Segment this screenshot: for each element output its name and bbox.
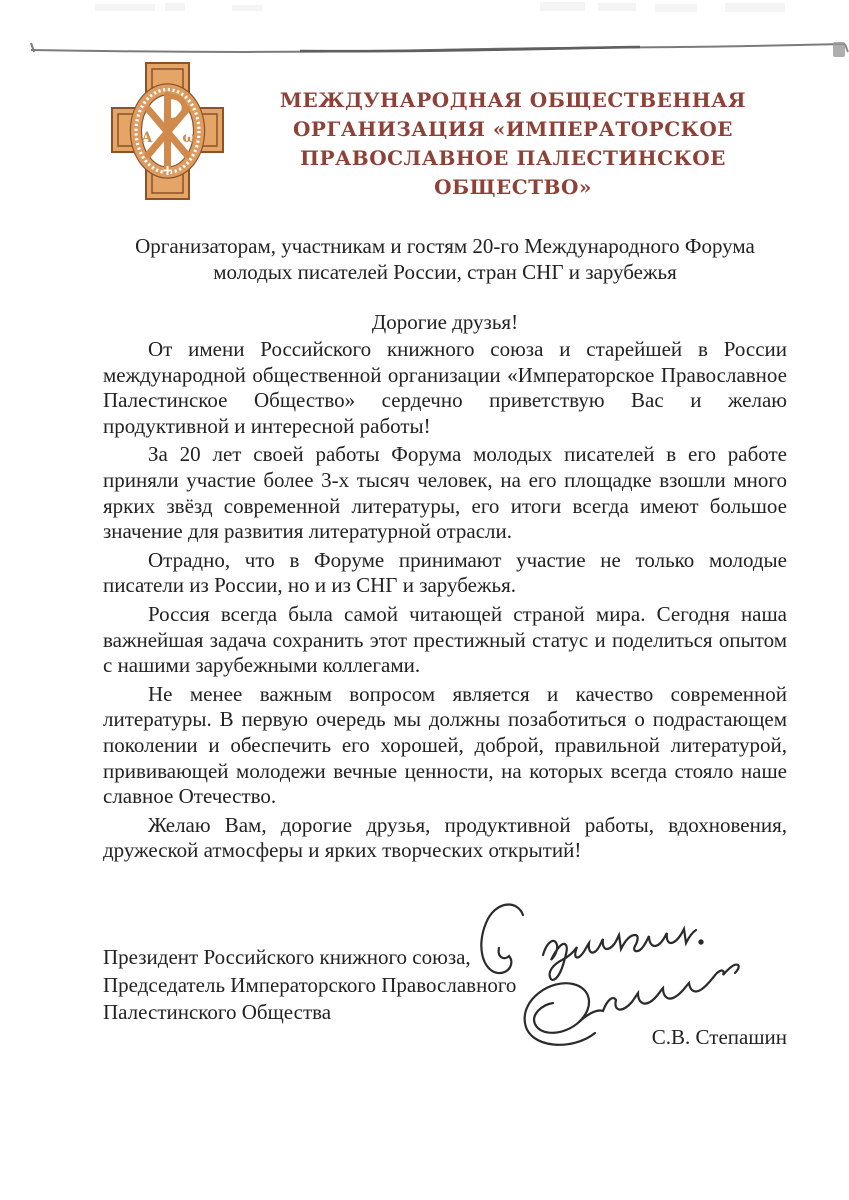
letter-body: От имени Российского книжного союза и ст… xyxy=(103,337,787,867)
iops-emblem-logo: А ω xyxy=(111,62,224,200)
scan-artifact-line xyxy=(0,0,849,70)
salutation: Дорогие друзья! xyxy=(103,309,787,335)
alpha-letter: А xyxy=(141,130,153,146)
paragraph-5: Не менее важным вопросом является и каче… xyxy=(103,682,787,810)
paragraph-4: Россия всегда была самой читающей страно… xyxy=(103,602,787,679)
org-name-line-2: ОРГАНИЗАЦИЯ «ИМПЕРАТОРСКОЕ xyxy=(235,115,791,144)
org-name-header: МЕЖДУНАРОДНАЯ ОБЩЕСТВЕННАЯ ОРГАНИЗАЦИЯ «… xyxy=(235,86,791,202)
omega-letter: ω xyxy=(182,130,195,146)
paragraph-2: За 20 лет своей работы Форума молодых пи… xyxy=(103,442,787,544)
signer-name: С.В. Степашин xyxy=(500,1025,787,1050)
addressee-line-1: Организаторам, участникам и гостям 20-го… xyxy=(103,233,787,259)
org-name-line-3: ПРАВОСЛАВНОЕ ПАЛЕСТИНСКОЕ ОБЩЕСТВО» xyxy=(235,144,791,202)
scanned-letter-page: { "page": { "kind": "scanned official le… xyxy=(0,0,849,1200)
paragraph-1: От имени Российского книжного союза и ст… xyxy=(103,337,787,439)
org-name-line-1: МЕЖДУНАРОДНАЯ ОБЩЕСТВЕННАЯ xyxy=(235,86,791,115)
paragraph-3: Отрадно, что в Форуме принимают участие … xyxy=(103,548,787,599)
addressee-line-2: молодых писателей России, стран СНГ и за… xyxy=(103,259,787,285)
addressee-block: Организаторам, участникам и гостям 20-го… xyxy=(103,233,787,285)
paragraph-6: Желаю Вам, дорогие друзья, продуктивной … xyxy=(103,813,787,864)
